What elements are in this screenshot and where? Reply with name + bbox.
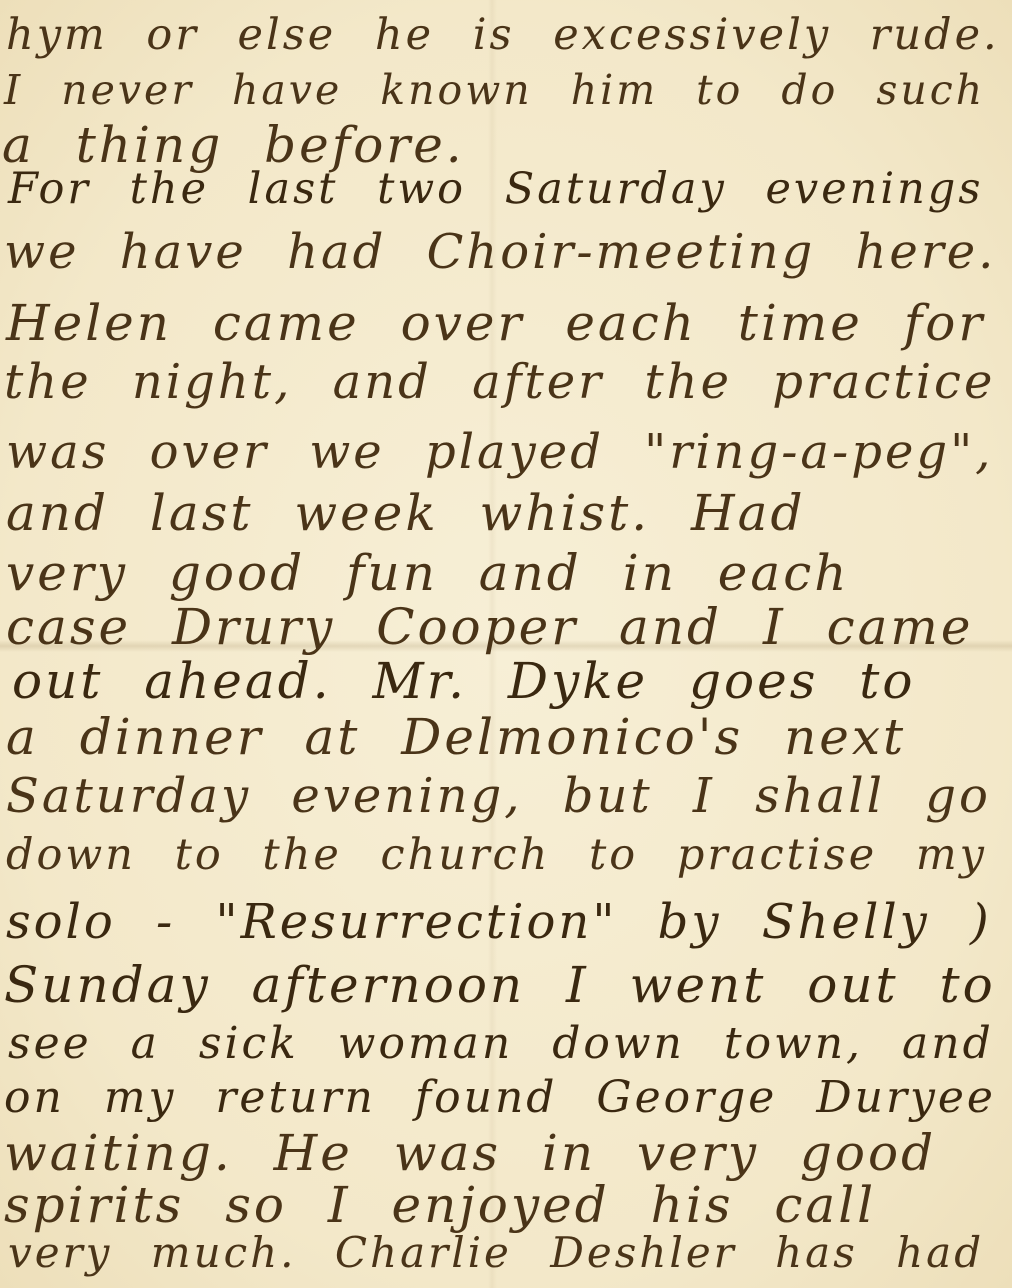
letter-line-12: out ahead. Mr. Dyke goes to [12, 656, 915, 706]
letter-line-9: and last week whist. Had [6, 488, 805, 538]
letter-line-15: down to the church to practise my [6, 834, 987, 877]
letter-line-6: Helen came over each time for [6, 298, 985, 348]
letter-line-1: hym or else he is excessively rude. [6, 14, 1000, 57]
letter-line-13: a dinner at Delmonico's next [6, 712, 906, 762]
letter-line-3: a thing before. [2, 120, 465, 170]
letter-line-5: we have had Choir-meeting here. [4, 228, 996, 276]
letter-line-21: spirits so I enjoyed his call [4, 1180, 876, 1230]
letter-line-4: For the last two Saturday evenings [8, 168, 983, 211]
letter-line-16: solo - "Resurrection" by Shelly ) [6, 898, 992, 946]
letter-line-7: the night, and after the practice [4, 358, 995, 406]
letter-line-11: case Drury Cooper and I came [6, 602, 973, 652]
letter-line-8: was over we played "ring-a-peg", [6, 428, 993, 476]
letter-line-19: on my return found George Duryee [4, 1076, 996, 1120]
letter-line-18: see a sick woman down town, and [8, 1022, 994, 1066]
letter-line-22: very much. Charlie Deshler has had [8, 1232, 984, 1274]
letter-line-20: waiting. He was in very good [4, 1128, 936, 1178]
letter-line-17: Sunday afternoon I went out to [4, 960, 996, 1010]
letter-line-2: I never have known him to do such [4, 70, 985, 111]
letter-line-14: Saturday evening, but I shall go [6, 772, 991, 820]
letter-line-10: very good fun and in each [6, 548, 849, 598]
letter-page: hym or else he is excessively rude. I ne… [0, 0, 1012, 1288]
